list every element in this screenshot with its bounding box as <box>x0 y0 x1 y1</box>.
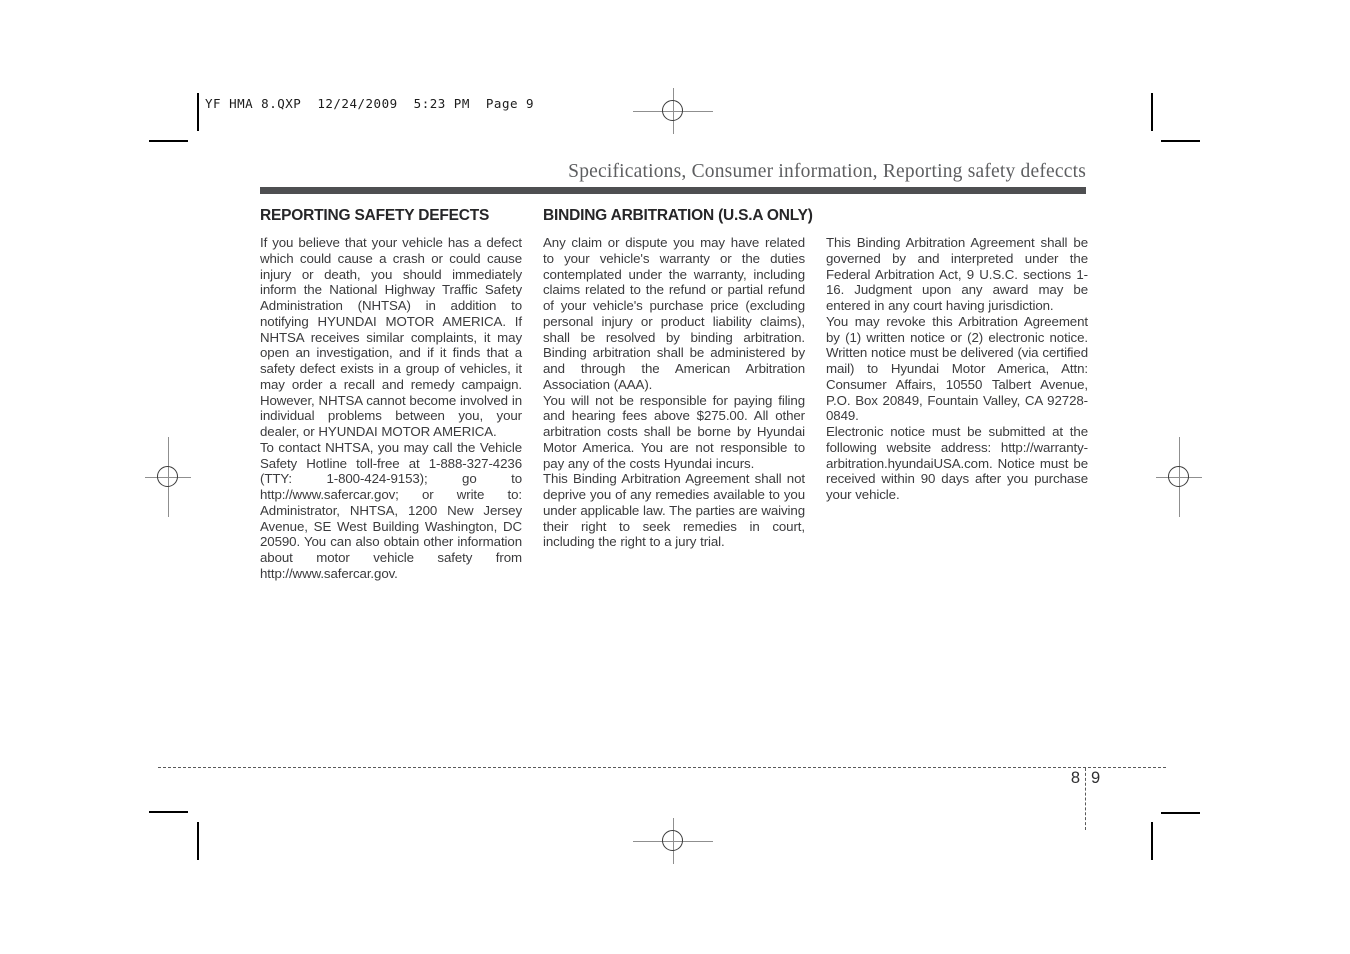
footer-page-divider <box>1085 768 1086 830</box>
running-head-title: Specifications, Consumer information, Re… <box>260 161 1086 183</box>
crop-mark-bottom-left-vertical-icon <box>197 822 199 860</box>
paragraph: This Binding Arbitration Agreement shall… <box>543 471 805 550</box>
page-body: REPORTING SAFETY DEFECTS If you believe … <box>260 207 1110 582</box>
column-binding-arbitration: BINDING ARBITRATION (U.S.A ONLY) Any cla… <box>543 207 805 582</box>
crop-mark-top-left-vertical-icon <box>197 93 199 131</box>
column-reporting-safety-defects: REPORTING SAFETY DEFECTS If you believe … <box>260 207 522 582</box>
paragraph: Any claim or dispute you may have relate… <box>543 235 805 393</box>
section-heading-reporting-safety-defects: REPORTING SAFETY DEFECTS <box>260 207 522 225</box>
paragraph: This Binding Arbitration Agreement shall… <box>826 235 1088 314</box>
paragraph: If you believe that your vehicle has a d… <box>260 235 522 440</box>
paragraph: To contact NHTSA, you may call the Vehic… <box>260 440 522 582</box>
crop-mark-bottom-right-horizontal-icon <box>1161 812 1200 814</box>
crop-mark-bottom-right-vertical-icon <box>1151 822 1153 860</box>
paragraph: You may revoke this Arbitration Agreemen… <box>826 314 1088 424</box>
section-heading-binding-arbitration: BINDING ARBITRATION (U.S.A ONLY) <box>543 207 805 225</box>
paragraph: You will not be responsible for paying f… <box>543 393 805 472</box>
crop-mark-top-right-horizontal-icon <box>1161 140 1200 142</box>
page-number-section: 8 <box>1040 769 1080 788</box>
running-head-rule <box>260 187 1086 194</box>
column-binding-arbitration-continued: This Binding Arbitration Agreement shall… <box>826 207 1088 582</box>
paragraph: Electronic notice must be submitted at t… <box>826 424 1088 503</box>
footer-dashed-rule <box>158 767 1166 768</box>
crop-mark-top-left-horizontal-icon <box>149 140 188 142</box>
print-slug: YF HMA 8.QXP 12/24/2009 5:23 PM Page 9 <box>205 96 534 111</box>
page-number-page: 9 <box>1091 769 1100 788</box>
crop-mark-top-right-vertical-icon <box>1151 93 1153 131</box>
crop-mark-bottom-left-horizontal-icon <box>149 811 188 813</box>
